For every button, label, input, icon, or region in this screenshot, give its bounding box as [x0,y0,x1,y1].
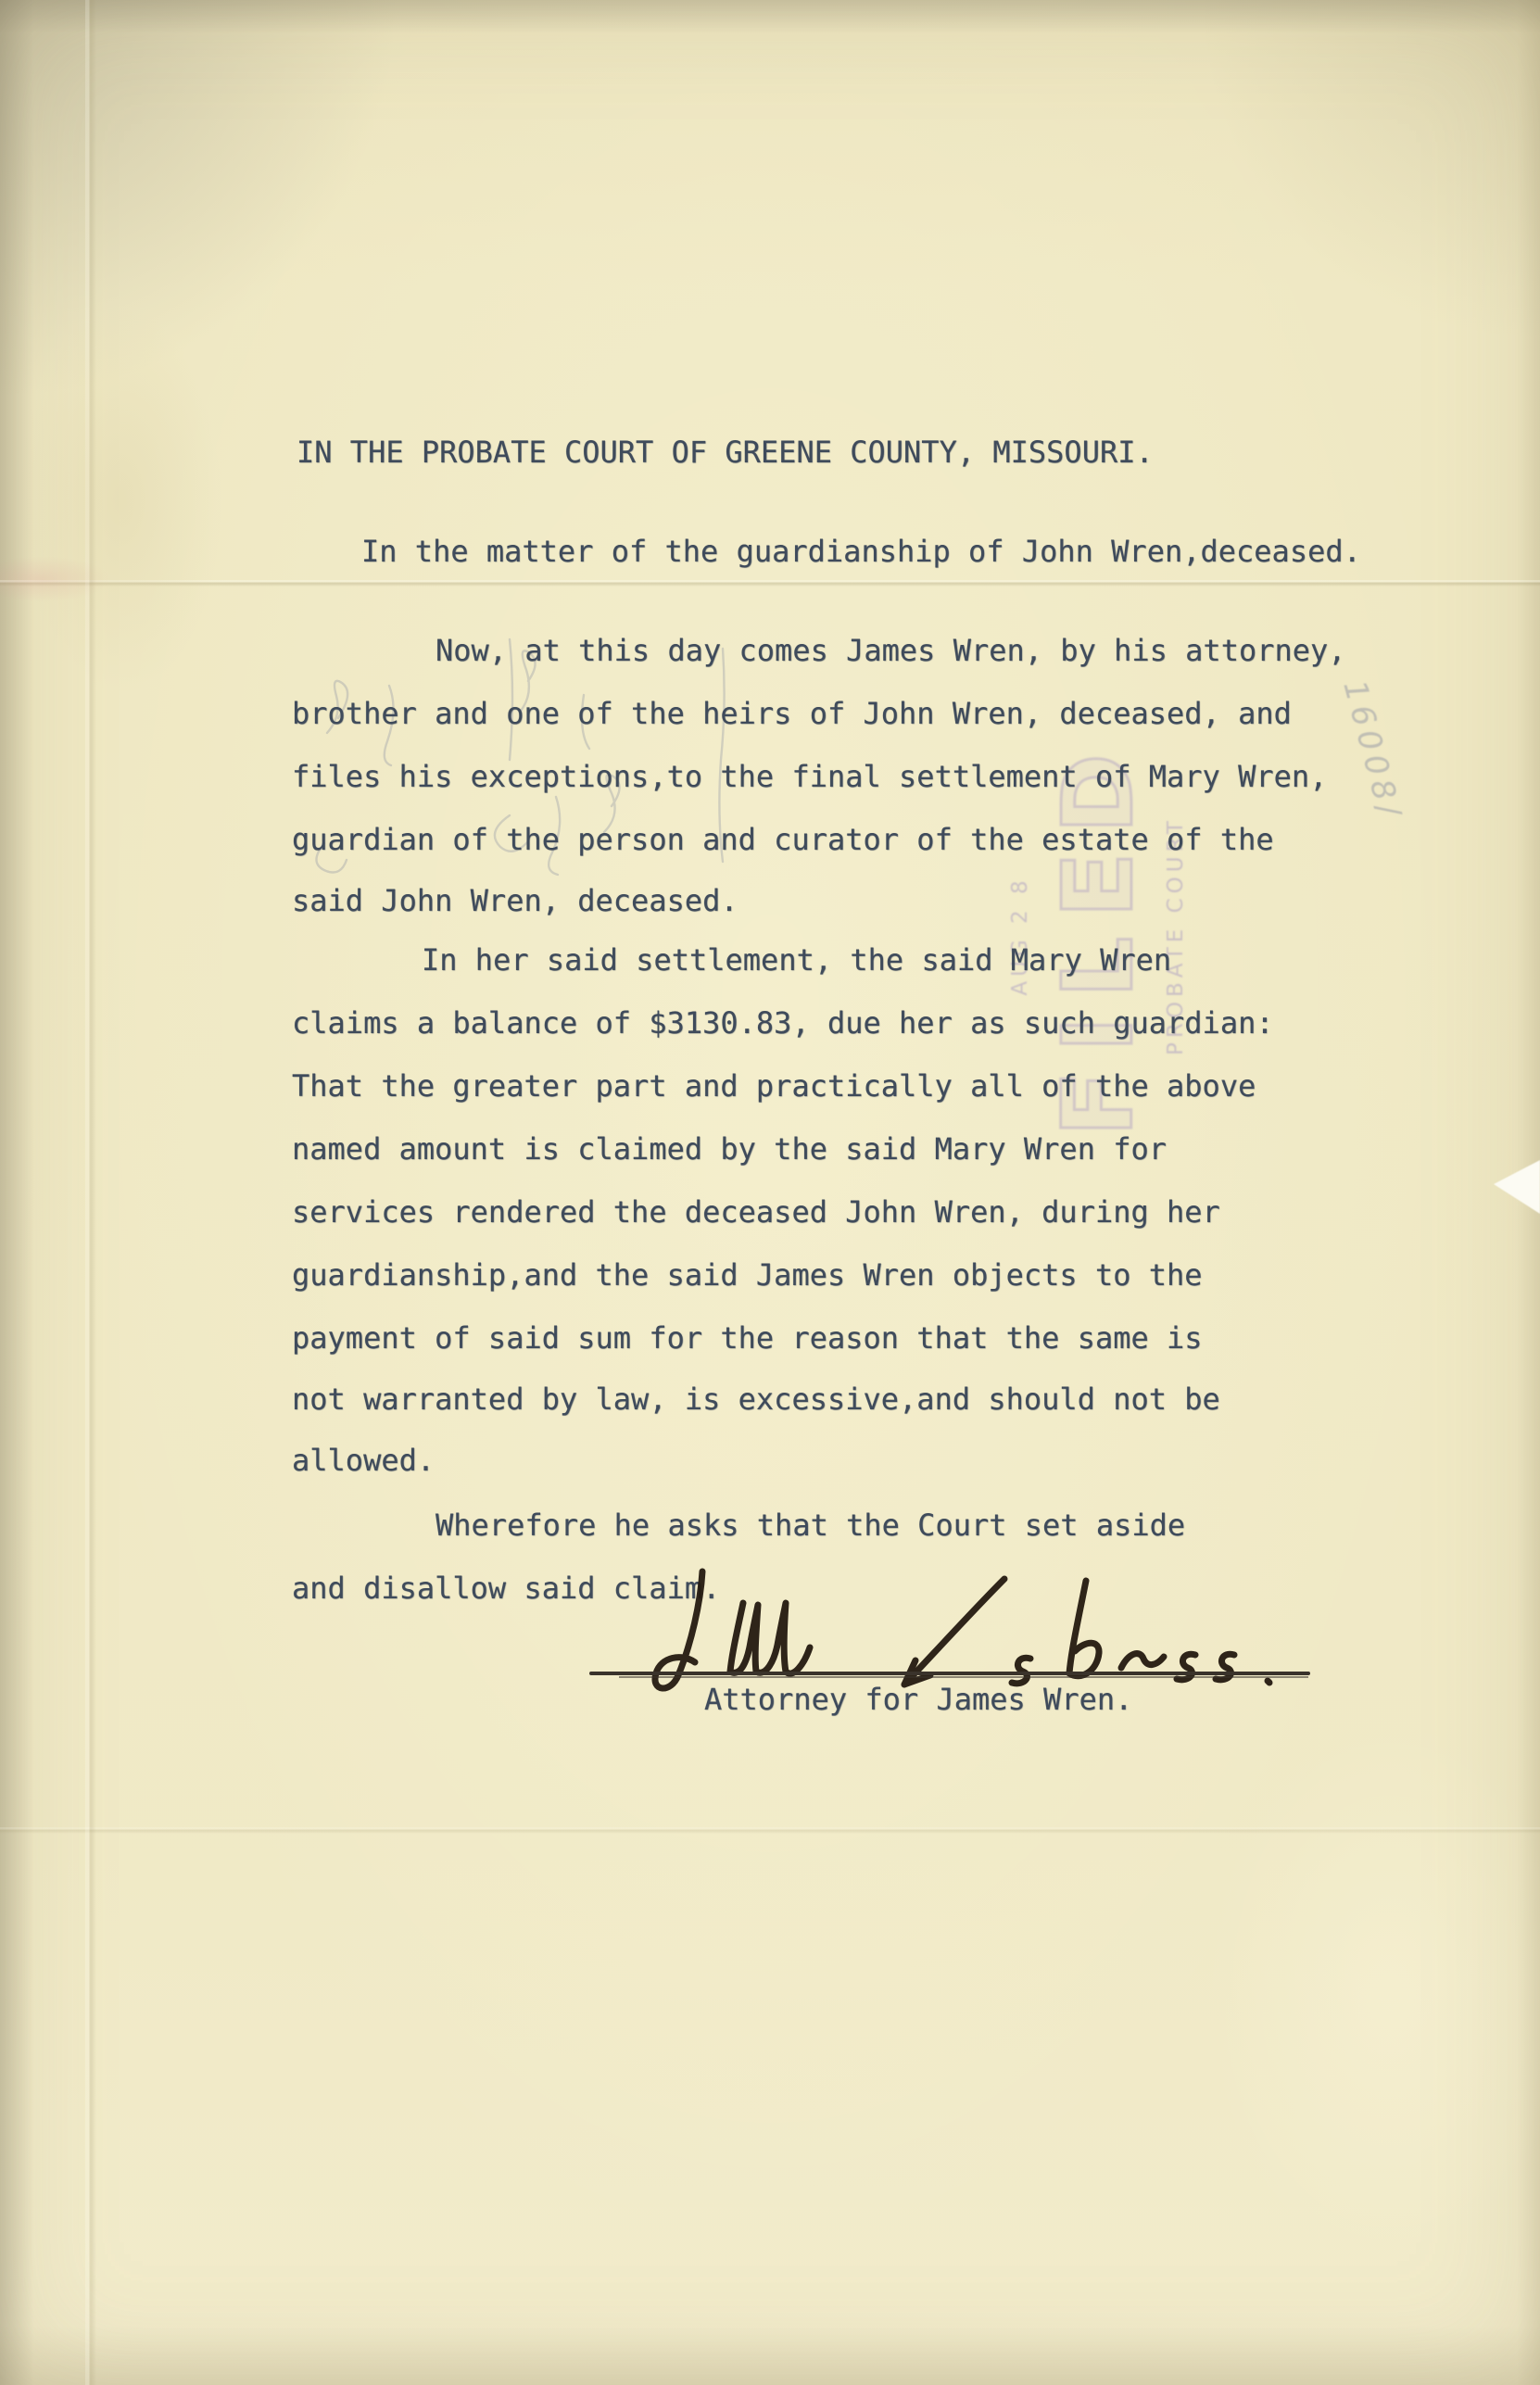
paper-discoloration [1205,1714,1540,2270]
scanned-paper-page: AUG 2 8 FILED PROBATE COURT 16008/ IN TH… [0,0,1540,2385]
margin-pencil-annotation: 16008/ [1335,676,1408,826]
body-line: named amount is claimed by the said Mary… [292,1130,1167,1167]
body-line: services rendered the deceased John Wren… [292,1193,1220,1230]
body-line: files his exceptions,to the final settle… [292,758,1327,795]
attorney-title: Attorney for James Wren. [704,1681,1132,1718]
body-line: claims a balance of $3130.83, due her as… [292,1004,1274,1041]
body-line: guardianship,and the said James Wren obj… [292,1256,1203,1293]
body-line: payment of said sum for the reason that … [292,1319,1203,1357]
body-line: guardian of the person and curator of th… [292,821,1274,858]
vertical-fold-crease [85,0,96,2385]
body-line: and disallow said claim. [292,1570,720,1607]
body-line: not warranted by law, is excessive,and s… [292,1381,1220,1418]
body-line: In her said settlement, the said Mary Wr… [422,941,1171,978]
body-line: Now, at this day comes James Wren, by hi… [435,632,1346,669]
court-heading: IN THE PROBATE COURT OF GREENE COUNTY, M… [297,434,1154,471]
torn-edge-chip [1494,1160,1540,1214]
body-line: allowed. [292,1442,435,1479]
horizontal-fold-crease [0,580,1540,587]
signature-line [589,1672,1310,1675]
body-line: brother and one of the heirs of John Wre… [292,695,1292,732]
horizontal-fold-crease [0,1827,1540,1834]
case-caption: In the matter of the guardianship of Joh… [361,533,1361,570]
signature-line-strikeover [619,1676,1308,1678]
body-line: said John Wren, deceased. [292,882,738,919]
body-line: Wherefore he asks that the Court set asi… [435,1507,1185,1544]
filing-stamp: AUG 2 8 FILED PROBATE COURT [913,769,1283,1103]
body-line: That the greater part and practically al… [292,1067,1256,1104]
paper-discoloration [19,306,222,695]
